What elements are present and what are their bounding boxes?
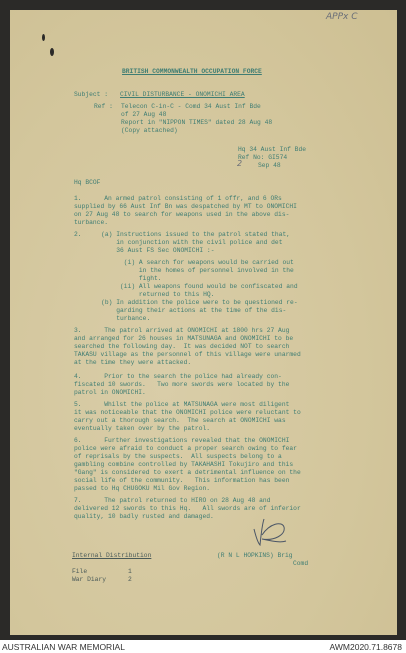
paragraph-line: returned to this HQ.: [86, 291, 214, 299]
distribution-heading: Internal Distribution: [72, 552, 151, 560]
document-title: BRITISH COMMONWEALTH OCCUPATION FORCE: [122, 68, 262, 76]
ref-line: Telecon C-in-C - Comd 34 Aust Inf Bde: [121, 103, 261, 111]
paragraph-line: (i) A search for weapons would be carrie…: [86, 259, 294, 267]
paragraph-line: TAKASU village as the personnel of this …: [74, 351, 301, 359]
paragraph-line: carry out a thorough search. The search …: [74, 417, 286, 425]
paragraph-line: The patrol returned to HIRO on 28 Aug 48…: [74, 497, 271, 505]
addressee: Hq BCOF: [74, 179, 100, 187]
ref-line: Report in "NIPPON TIMES" dated 28 Aug 48: [121, 119, 272, 127]
paragraph-line: The patrol arrived at ONOMICHI at 1800 h…: [74, 327, 289, 335]
subject-label: Subject :: [74, 91, 108, 99]
paragraph-line: (a) Instructions issued to the patrol st…: [86, 231, 290, 239]
distribution-item-copy: 2: [128, 576, 132, 584]
paragraph-line: social life of the community. This infor…: [74, 477, 289, 485]
paragraph-line: and arranged for 26 houses in MATSUNAGA …: [74, 335, 293, 343]
handwritten-signature: [248, 515, 290, 549]
archive-id: AWM2020.71.8678: [330, 642, 402, 652]
paragraph-line: garding their actions at the time of the…: [86, 307, 286, 315]
paragraph-line: Prior to the search the police had alrea…: [74, 373, 282, 381]
hq-line: Hq 34 Aust Inf Bde: [238, 146, 306, 154]
hq-ref-no: Ref No: GI574: [238, 154, 287, 162]
paragraph-number: 2.: [74, 231, 82, 239]
subject-text: CIVIL DISTURBANCE - ONOMICHI AREA: [120, 91, 245, 99]
paragraph-line: fiscated 10 swords. Two more swords were…: [74, 381, 289, 389]
paragraph-line: on 27 Aug 48 to search for weapons used …: [74, 211, 289, 219]
paragraph-line: in conjunction with the civil police and…: [86, 239, 283, 247]
staple-hole: [42, 34, 45, 41]
paragraph-line: Whilst the police at MATSUNAGA were most…: [74, 401, 289, 409]
ref-line: of 27 Aug 48: [121, 111, 166, 119]
paragraph-line: gambling combine controlled by TAKAHASHI…: [74, 461, 293, 469]
ref-label: Ref :: [94, 103, 113, 111]
ref-line: (Copy attached): [121, 127, 178, 135]
staple-hole: [50, 48, 54, 56]
paragraph-line: An armed patrol consisting of 1 offr, an…: [74, 195, 282, 203]
paragraph-line: (b) In addition the police were to be qu…: [86, 299, 298, 307]
paragraph-line: police were afraid to conduct a proper s…: [74, 445, 297, 453]
paragraph-line: quality, 10 badly rusted and damaged.: [74, 513, 214, 521]
paragraph-line: patrol in ONOMICHI.: [74, 389, 146, 397]
paragraph-line: fight.: [86, 275, 162, 283]
paragraph-line: it was noticeable that the ONOMICHI poli…: [74, 409, 301, 417]
archive-name: AUSTRALIAN WAR MEMORIAL: [2, 642, 125, 652]
paragraph-line: of reprisals by the suspects. All suspec…: [74, 453, 282, 461]
paragraph-line: in the homes of personnel involved in th…: [86, 267, 294, 275]
paragraph-line: Further investigations revealed that the…: [74, 437, 289, 445]
paragraph-line: passed to Hq CHUGOKU Mil Gov Region.: [74, 485, 210, 493]
appendix-annotation: APPx C: [326, 12, 357, 22]
archive-footer: AUSTRALIAN WAR MEMORIAL AWM2020.71.8678: [0, 640, 406, 653]
handwritten-day: 2: [237, 159, 242, 168]
hq-date: Sep 48: [258, 162, 281, 170]
signatory-title: Comd: [293, 560, 308, 568]
signatory-name: (R N L HOPKINS) Brig: [217, 552, 293, 560]
paragraph-line: turbance.: [74, 219, 108, 227]
paragraph-line: (ii) All weapons found would be confisca…: [86, 283, 298, 291]
paragraph-line: 36 Aust FS Sec ONOMICHI :-: [86, 247, 214, 255]
paragraph-line: delivered 12 swords to this Hq. All swor…: [74, 505, 301, 513]
paragraph-line: turbance.: [86, 315, 150, 323]
paragraph-line: supplied by 66 Aust Inf Bn was despatche…: [74, 203, 297, 211]
paragraph-line: eventually taken over by the patrol.: [74, 425, 210, 433]
distribution-item-copy: 1: [128, 568, 132, 576]
paragraph-line: "Gang" is considered to exert a detrimen…: [74, 469, 301, 477]
paragraph-line: searched the following day. It was decid…: [74, 343, 289, 351]
distribution-item-name: War Diary: [72, 576, 106, 584]
distribution-item-name: File: [72, 568, 87, 576]
paragraph-line: at the time they were attacked.: [74, 359, 191, 367]
